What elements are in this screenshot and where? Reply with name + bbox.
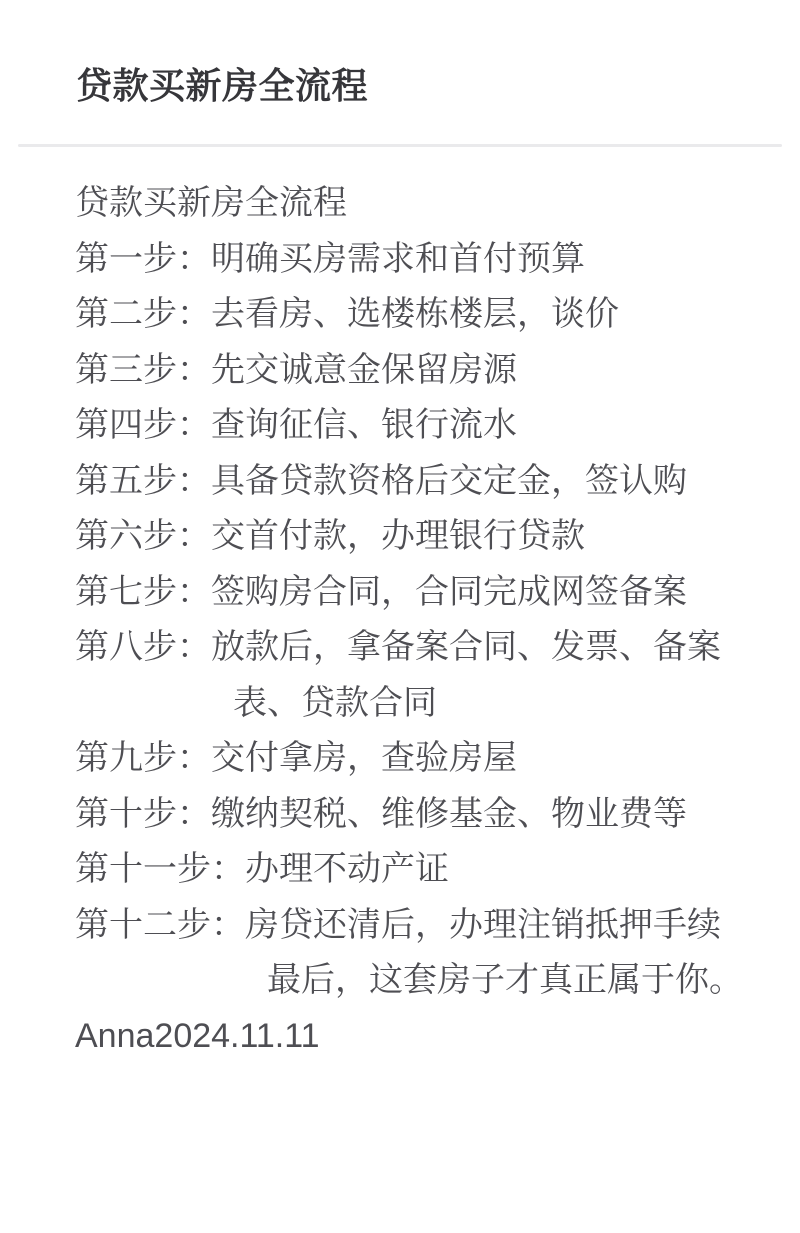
body-line-intro: 贷款买新房全流程 xyxy=(75,176,775,232)
body-line-step-3: 第三步：先交诚意金保留房源 xyxy=(75,343,775,399)
body-line-step-7: 第七步：签购房合同，合同完成网签备案 xyxy=(75,565,775,621)
body-line-step-4: 第四步：查询征信、银行流水 xyxy=(75,398,775,454)
body-line-step-8-continuation: 表、贷款合同 xyxy=(75,676,775,732)
body-line-step-11: 第十一步：办理不动产证 xyxy=(75,842,775,898)
article-page: 贷款买新房全流程 贷款买新房全流程 第一步：明确买房需求和首付预算 第二步：去看… xyxy=(0,0,800,1233)
body-line-step-5: 第五步：具备贷款资格后交定金，签认购 xyxy=(75,454,775,510)
body-line-step-9: 第九步：交付拿房，查验房屋 xyxy=(75,731,775,787)
body-line-step-10: 第十步：缴纳契税、维修基金、物业费等 xyxy=(75,787,775,843)
page-title: 贷款买新房全流程 xyxy=(76,66,368,106)
body-line-step-8: 第八步：放款后，拿备案合同、发票、备案 xyxy=(75,620,775,676)
body-line-step-6: 第六步：交首付款，办理银行贷款 xyxy=(75,509,775,565)
body-line-step-2: 第二步：去看房、选楼栋楼层，谈价 xyxy=(75,287,775,343)
article-body: 贷款买新房全流程 第一步：明确买房需求和首付预算 第二步：去看房、选楼栋楼层，谈… xyxy=(75,176,775,1064)
body-line-step-1: 第一步：明确买房需求和首付预算 xyxy=(75,232,775,288)
body-line-step-12: 第十二步：房贷还清后，办理注销抵押手续 xyxy=(75,898,775,954)
body-line-closing-note: 最后，这套房子才真正属于你。 xyxy=(75,953,775,1009)
divider xyxy=(18,144,782,147)
author-signature: Anna2024.11.11 xyxy=(75,1009,775,1065)
